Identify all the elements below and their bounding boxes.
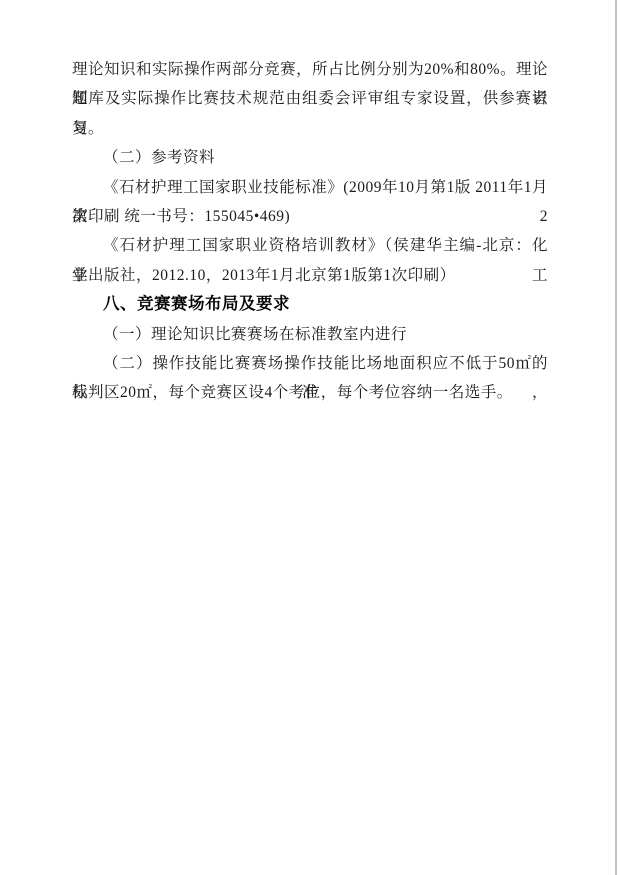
- text-line: 裁判区20㎡，每个竞赛区设4个考位，每个考位容纳一名选手。: [72, 378, 548, 407]
- text-line: 理论知识和实际操作两部分竞赛，所占比例分别为20%和80%。理论知识: [72, 55, 548, 84]
- text-line: 《石材护理工国家职业技能标准》(2009年10月第1版 2011年1月第2: [72, 173, 548, 202]
- document-page: 理论知识和实际操作两部分竞赛，所占比例分别为20%和80%。理论知识题库及实际操…: [0, 0, 620, 875]
- text-line: 题库及实际操作比赛技术规范由组委会评审组专家设置，供参赛者复: [72, 84, 548, 113]
- section-heading: 八、竞赛赛场布局及要求: [72, 290, 548, 319]
- page-edge-line: [615, 0, 617, 875]
- document-lines: 理论知识和实际操作两部分竞赛，所占比例分别为20%和80%。理论知识题库及实际操…: [72, 55, 548, 408]
- text-line: 《石材护理工国家职业资格培训教材》（侯建华主编-北京：化学工: [72, 231, 548, 260]
- text-line: （二）操作技能比赛赛场操作技能比场地面积应不低于50㎡的标准，: [72, 349, 548, 378]
- text-line: （二）参考资料: [72, 143, 548, 172]
- text-line: （一）理论知识比赛赛场在标准教室内进行: [72, 320, 548, 349]
- text-line: 习。: [72, 114, 548, 143]
